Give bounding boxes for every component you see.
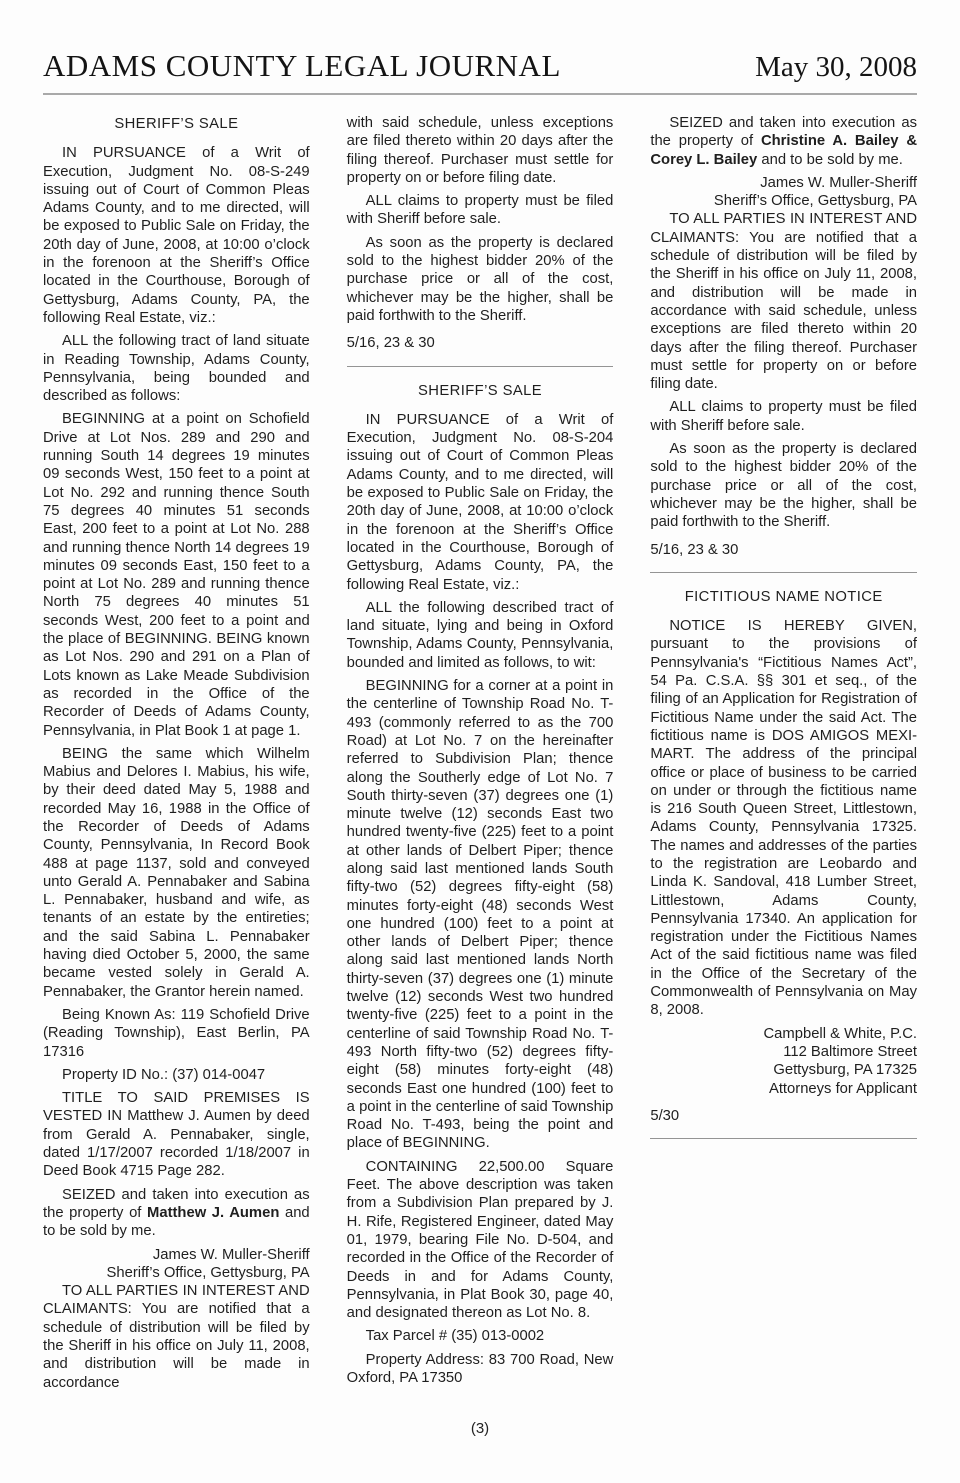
page-number: (3) bbox=[0, 1420, 960, 1437]
sale2-run-dates: 5/16, 23 & 30 bbox=[650, 541, 917, 559]
column-2: with said schedule, unless exceptions ar… bbox=[347, 114, 614, 1397]
column-3: SEIZED and taken into execution as the p… bbox=[650, 114, 917, 1397]
sale2-claims: ALL claims to property must be filed wit… bbox=[650, 398, 917, 435]
sale1-title-vested: TITLE TO SAID PREMISES IS VESTED IN Matt… bbox=[43, 1089, 310, 1180]
masthead: ADAMS COUNTY LEGAL JOURNAL May 30, 2008 bbox=[43, 0, 917, 84]
sale1-tract: ALL the following tract of land situate … bbox=[43, 332, 310, 405]
sale2-tax-parcel: Tax Parcel # (35) 013-0002 bbox=[347, 1327, 614, 1345]
sale1-claims: ALL claims to property must be filed wit… bbox=[347, 192, 614, 229]
sale2-pursuance: IN PURSUANCE of a Writ of Execution, Jud… bbox=[347, 411, 614, 594]
sale1-property-id: Property ID No.: (37) 014-0047 bbox=[43, 1066, 310, 1084]
sale1-parties-part2: with said schedule, unless exceptions ar… bbox=[347, 114, 614, 187]
section-divider bbox=[650, 1138, 917, 1139]
fictitious-body: NOTICE IS HEREBY GIVEN, pursuant to the … bbox=[650, 617, 917, 1020]
sale1-pursuance: IN PURSUANCE of a Writ of Execution, Jud… bbox=[43, 144, 310, 327]
sale1-seized: SEIZED and taken into execution as the p… bbox=[43, 1186, 310, 1241]
masthead-rule bbox=[43, 93, 917, 95]
sale2-sheriff-office: Sheriff’s Office, Gettysburg, PA bbox=[650, 192, 917, 210]
sale2-tract: ALL the following described tract of lan… bbox=[347, 599, 614, 672]
sale1-bidder: As soon as the property is declared sold… bbox=[347, 234, 614, 325]
sale1-run-dates: 5/16, 23 & 30 bbox=[347, 334, 614, 352]
fictitious-role: Attorneys for Applicant bbox=[650, 1080, 917, 1098]
sale2-sheriff-name: James W. Muller-Sheriff bbox=[650, 174, 917, 192]
sale2-heading: SHERIFF’S SALE bbox=[347, 382, 614, 400]
column-1: SHERIFF’S SALE IN PURSUANCE of a Writ of… bbox=[43, 114, 310, 1397]
sale2-property-address: Property Address: 83 700 Road, New Oxfor… bbox=[347, 1351, 614, 1388]
sale1-heading: SHERIFF’S SALE bbox=[43, 115, 310, 133]
fictitious-city: Gettysburg, PA 17325 bbox=[650, 1061, 917, 1079]
sale1-beginning: BEGINNING at a point on Schofield Drive … bbox=[43, 410, 310, 739]
fictitious-firm: Campbell & White, P.C. bbox=[650, 1025, 917, 1043]
fictitious-street: 112 Baltimore Street bbox=[650, 1043, 917, 1061]
fictitious-heading: FICTITIOUS NAME NOTICE bbox=[650, 588, 917, 606]
sale1-parties-part1: TO ALL PARTIES IN INTEREST AND CLAIMANTS… bbox=[43, 1282, 310, 1392]
sale1-known-as: Being Known As: 119 Schofield Drive (Rea… bbox=[43, 1006, 310, 1061]
sale2-seized: SEIZED and taken into execution as the p… bbox=[650, 114, 917, 169]
sale2-bidder: As soon as the property is declared sold… bbox=[650, 440, 917, 531]
sale1-sheriff-office: Sheriff’s Office, Gettysburg, PA bbox=[43, 1264, 310, 1282]
sale1-sheriff-name: James W. Muller-Sheriff bbox=[43, 1246, 310, 1264]
sale2-parties: TO ALL PARTIES IN INTEREST AND CLAIMANTS… bbox=[650, 210, 917, 393]
sale2-beginning: BEGINNING for a corner at a point in the… bbox=[347, 677, 614, 1153]
sale1-being-same: BEING the same which Wilhelm Mabius and … bbox=[43, 745, 310, 1001]
sale2-containing: CONTAINING 22,500.00 Square Feet. The ab… bbox=[347, 1158, 614, 1323]
page-columns: SHERIFF’S SALE IN PURSUANCE of a Writ of… bbox=[43, 114, 917, 1397]
legal-journal-page: ADAMS COUNTY LEGAL JOURNAL May 30, 2008 … bbox=[0, 0, 960, 1483]
section-divider bbox=[650, 572, 917, 573]
section-divider bbox=[347, 366, 614, 367]
issue-date: May 30, 2008 bbox=[755, 51, 917, 84]
sale2-seized-post: and to be sold by me. bbox=[757, 152, 903, 168]
sale1-defendant-name: Matthew J. Aumen bbox=[147, 1205, 279, 1221]
fictitious-run-dates: 5/30 bbox=[650, 1107, 917, 1125]
journal-title: ADAMS COUNTY LEGAL JOURNAL bbox=[43, 48, 561, 84]
